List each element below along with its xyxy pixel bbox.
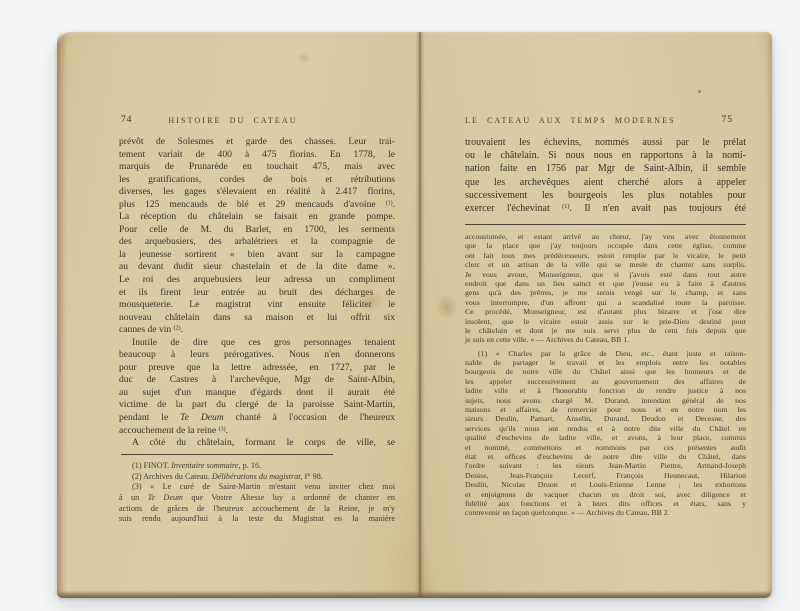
running-title-right: LE CATEAU AUX TEMPS MODERNES [465, 116, 745, 125]
footnote-text-line: je suis en cette ville. » — Archives du … [465, 335, 746, 344]
body-text-line: pour preuve que la lettre adressée, en 1… [119, 362, 395, 375]
body-text-line: duc de Castres à l'archevêque, Mgr de Sa… [119, 374, 395, 387]
footnote-text-line: (1) FINOT. Inventaire sommaire, p. 16. [119, 461, 395, 472]
footnote-text-line: que la place que j'ay toujours occupée d… [465, 241, 746, 250]
body-text-line: mousqueterie. Le magistrat vint ensuite … [119, 299, 395, 312]
footnote-text-line: sieurs Deulin, Pamart, Anselin, Durand, … [465, 414, 746, 423]
right-page-header: LE CATEAU AUX TEMPS MODERNES 75 [465, 116, 745, 129]
body-text-line: marquis de Prunarède en touchait 475, ma… [119, 161, 395, 174]
footnote-text-line: insolent, que le vicaire estoit assis su… [465, 317, 746, 326]
body-text-line: beaucoup à leurs prérogatives. Nous n'en… [119, 349, 395, 362]
footnote-text-line: l'ordre suivant : les sieurs Jean-Martin… [465, 461, 746, 470]
footnote-text-line: ont fait tous mes prédécesseurs, estoit … [465, 251, 746, 260]
left-page: 74 HISTOIRE DU CATEAU prévôt de Solesmes… [57, 32, 420, 597]
body-text-line: des arquebusiers, des arbalétriers et la… [119, 236, 395, 249]
body-text-line: trouvaient les échevins, nommés aussi pa… [465, 136, 746, 149]
footnote-text-line: (1) « Charles par la grâce de Dieu, etc.… [465, 349, 746, 358]
body-text-line: tement variait de 400 à 475 florins. En … [119, 149, 395, 162]
body-text-line: nation faite en 1756 par Mgr de Saint-Al… [465, 162, 746, 175]
footnote-text-line: suis rendu aujourd'hui à la teste du Mag… [119, 514, 395, 525]
paper-stain [297, 52, 311, 64]
book-spread: 74 HISTOIRE DU CATEAU prévôt de Solesmes… [57, 32, 772, 597]
body-text-line: Le roi des arquebusiers leur adressa un … [119, 274, 395, 287]
body-text-line: victime de la part du clergé de la paroi… [119, 399, 395, 412]
paper-stain [436, 294, 458, 320]
body-text-line: au sujet d'un manque d'égards dont il au… [119, 387, 395, 400]
footnote-text-line: Je vous avoue, Monseigneur, que si j'avo… [465, 270, 746, 279]
body-text-line: les gratifications, cordes de bois et ré… [119, 174, 395, 187]
right-page-footnotes: accoustumée, et estant arrivé au chœur, … [465, 232, 746, 518]
page-number-left: 74 [121, 115, 133, 125]
footnote-text-line: qualité d'eschevins de ladite ville, et … [465, 433, 746, 442]
footnote-text-line: (3) « Le curé de Saint-Martin m'estant v… [119, 482, 395, 493]
scan-background: 74 HISTOIRE DU CATEAU prévôt de Solesmes… [0, 0, 800, 611]
body-text-line: ou le châtelain. Si nous nous en rapport… [465, 149, 746, 162]
footnote-text-line: à un Te Deum que Vostre Altesse luy a or… [119, 493, 395, 504]
body-text-line: la jeunesse sortirent « bien avant sur l… [119, 249, 395, 262]
body-text-line: Pour celle de M. du Barlet, en 1700, les… [119, 224, 395, 237]
body-text-line: accouchement de la reine (3). [119, 425, 395, 438]
body-text-line: Inutile de dire que ces gros personnages… [119, 337, 395, 350]
body-text-line: A côté du châtelain, formant le corps de… [119, 437, 395, 450]
body-text-line: plus 125 mencauds de blé et 29 mencauds … [119, 199, 395, 212]
body-text-line: au devant dudit sieur chastelain et de l… [119, 261, 395, 274]
body-text-line: nouveau châtelain dans sa maison et lui … [119, 312, 395, 325]
footnote-text-line: et nommé, commettons et nommons par ces … [465, 443, 746, 452]
body-text-line: successivement les bourgeois les plus no… [465, 189, 746, 202]
footnote-text-line: Denise, Jean-François Lecerf, François H… [465, 471, 746, 480]
left-page-header: 74 HISTOIRE DU CATEAU [119, 116, 393, 129]
left-page-body-text: prévôt de Solesmes et garde des chasses.… [119, 136, 395, 450]
footnote-text-line: clerc et un artisan de la ville qui se m… [465, 260, 746, 269]
footnote-text-line: services qu'ils nous ont rendus et à not… [465, 424, 746, 433]
footnote-text-line: maisons et affaires, de remercier pour n… [465, 405, 746, 414]
footnote-text-line: le châtelain et dont je me suis servi pl… [465, 326, 746, 335]
right-page-body-text: trouvaient les échevins, nommés aussi pa… [465, 136, 746, 215]
page-number-right: 75 [722, 115, 734, 125]
body-text-line: pendant le Te Deum chanté à l'occasion d… [119, 412, 395, 425]
body-text-line: cannes de vin (2). [119, 324, 395, 337]
footnote-text-line: actions de grâces de l'heureux accouchem… [119, 504, 395, 515]
running-title-left: HISTOIRE DU CATEAU [119, 116, 393, 125]
footnote-text-line: et enjoignons de vacquer chacun en droit… [465, 490, 746, 499]
footnote-separator-rule-left [121, 454, 333, 455]
book-gutter [415, 32, 425, 597]
body-text-line: diverses, les gages s'élevaient en réali… [119, 186, 395, 199]
footnote-text-line: Deulin, Nicolas Druon et Louis-Etienne L… [465, 480, 746, 489]
footnote-text-line: (2) Archives du Cateau. Délibérations du… [119, 472, 395, 483]
footnote-separator-rule-right [465, 224, 746, 225]
body-text-line: que les archevêques aient cherché alors … [465, 176, 746, 189]
footnote-text-line: état et offices d'eschevins de notre dit… [465, 452, 746, 461]
footnote-text-line: endroit que dans un lieu sainct et que j… [465, 279, 746, 288]
page-block-bottom-edge [57, 591, 772, 598]
body-text-line: et ils firent leur entrée au bruit des d… [119, 287, 395, 300]
footnote-text-line: Ce procédé, Monseigneur, est d'autant pl… [465, 307, 746, 316]
footnote-text-line: bourgeois de notre ville du Châtel ainsi… [465, 367, 746, 376]
body-text-line: exercer l'échevinat (1). Il n'en avait p… [465, 202, 746, 215]
footnote-text-line: gens qu'à des prêtres, je me serois veng… [465, 288, 746, 297]
paper-speck [698, 90, 701, 93]
body-text-line: La réception du châtelain se faisait en … [119, 211, 395, 224]
footnote-text-line: fidélité aux fonctions et à leurs dits o… [465, 499, 746, 508]
footnote-text-line: sujets, nous avons chargé M. Durand, int… [465, 396, 746, 405]
right-page: LE CATEAU AUX TEMPS MODERNES 75 trouvaie… [420, 32, 772, 597]
body-text-line: prévôt de Solesmes et garde des chasses.… [119, 136, 395, 149]
footnote-text-line: contrevenir en façon quelconque. » — Arc… [465, 508, 746, 517]
footnote-text-line: les appeler successivement au gouverneme… [465, 377, 746, 386]
footnote-text-line: vous interrompre, d'un affront qui a sca… [465, 298, 746, 307]
left-page-deckle-edge [57, 32, 67, 597]
footnote-text-line: ladite ville et à l'honorable fonction d… [465, 386, 746, 395]
footnote-text-line: nable de partager le travail et les empl… [465, 358, 746, 367]
footnote-text-line: accoustumée, et estant arrivé au chœur, … [465, 232, 746, 241]
left-page-footnotes: (1) FINOT. Inventaire sommaire, p. 16.(2… [119, 461, 395, 525]
